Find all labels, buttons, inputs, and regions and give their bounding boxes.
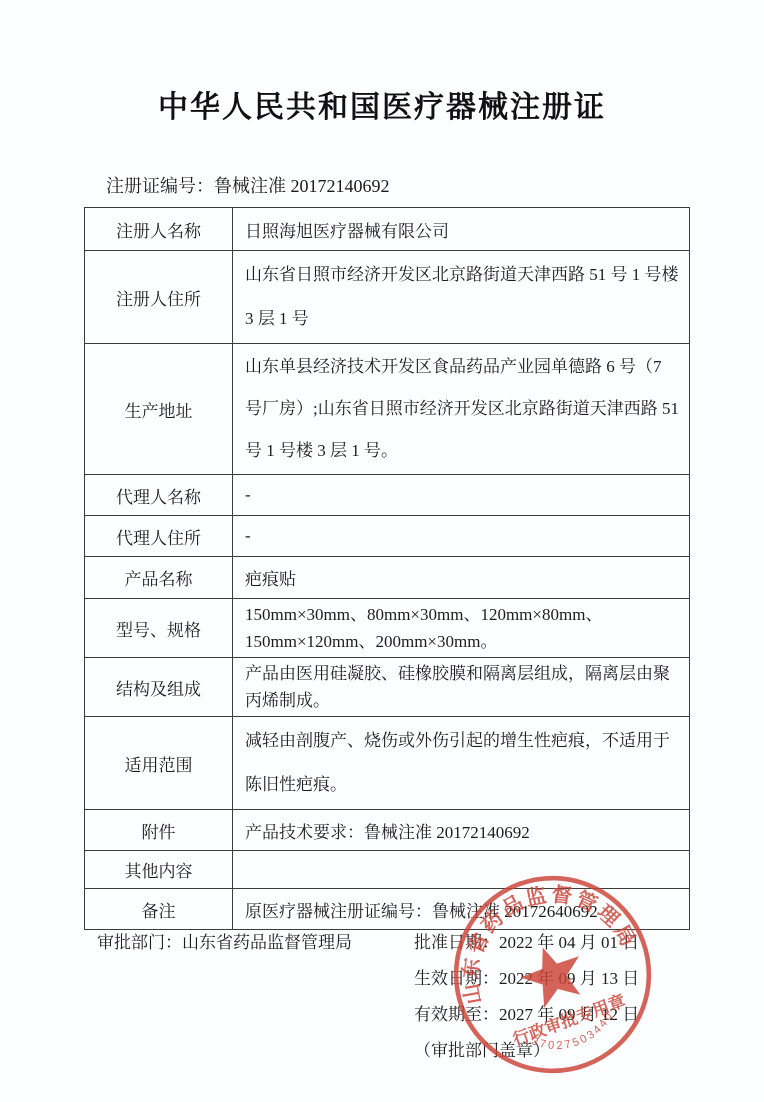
table-row: 注册人住所 山东省日照市经济开发区北京路街道天津西路 51 号 1 号楼 3 层…: [85, 251, 690, 344]
row-value: [233, 851, 690, 889]
table-row: 产品名称 疤痕贴: [85, 557, 690, 599]
row-label: 适用范围: [85, 717, 233, 810]
table-row: 结构及组成 产品由医用硅凝胶、硅橡胶膜和隔离层组成，隔离层由聚丙烯制成。: [85, 658, 690, 717]
row-value: 日照海旭医疗器械有限公司: [233, 208, 690, 251]
row-label: 代理人住所: [85, 516, 233, 557]
row-label: 注册人名称: [85, 208, 233, 251]
table-row: 生产地址 山东单县经济技术开发区食品药品产业园单德路 6 号（7 号厂房）;山东…: [85, 344, 690, 475]
page-title: 中华人民共和国医疗器械注册证: [0, 82, 764, 126]
table-row: 其他内容: [85, 851, 690, 889]
table-row: 备注 原医疗器械注册证编号：鲁械注准 20172640692: [85, 889, 690, 930]
row-label: 注册人住所: [85, 251, 233, 344]
row-label: 附件: [85, 810, 233, 851]
table-row: 代理人名称 -: [85, 475, 690, 516]
certificate-table: 注册人名称 日照海旭医疗器械有限公司 注册人住所 山东省日照市经济开发区北京路街…: [84, 207, 690, 930]
row-label: 结构及组成: [85, 658, 233, 717]
row-label: 型号、规格: [85, 599, 233, 658]
row-value: 减轻由剖腹产、烧伤或外伤引起的增生性疤痕，不适用于陈旧性疤痕。: [233, 717, 690, 810]
table-row: 型号、规格 150mm×30mm、80mm×30mm、120mm×80mm、15…: [85, 599, 690, 658]
row-value: 150mm×30mm、80mm×30mm、120mm×80mm、150mm×12…: [233, 599, 690, 658]
certificate-number: 注册证编号：鲁械注准 20172140692: [106, 172, 390, 198]
effective-date: 生效日期：2022 年 09 月 13 日: [414, 964, 639, 989]
seal-note: （审批部门盖章）: [414, 1036, 639, 1061]
row-value: 产品技术要求：鲁械注准 20172140692: [233, 810, 690, 851]
row-label: 备注: [85, 889, 233, 930]
row-value: 山东省日照市经济开发区北京路街道天津西路 51 号 1 号楼 3 层 1 号: [233, 251, 690, 344]
table-row: 附件 产品技术要求：鲁械注准 20172140692: [85, 810, 690, 851]
approval-date: 批准日期：2022 年 04 月 01 日: [414, 928, 639, 953]
row-label: 生产地址: [85, 344, 233, 475]
approval-department: 审批部门：山东省药品监督管理局: [97, 928, 352, 953]
row-value: -: [233, 516, 690, 557]
row-value: -: [233, 475, 690, 516]
certificate-page: 中华人民共和国医疗器械注册证 注册证编号：鲁械注准 20172140692 注册…: [0, 0, 764, 1102]
row-value: 产品由医用硅凝胶、硅橡胶膜和隔离层组成，隔离层由聚丙烯制成。: [233, 658, 690, 717]
table-row: 注册人名称 日照海旭医疗器械有限公司: [85, 208, 690, 251]
row-value: 疤痕贴: [233, 557, 690, 599]
table-row: 适用范围 减轻由剖腹产、烧伤或外伤引起的增生性疤痕，不适用于陈旧性疤痕。: [85, 717, 690, 810]
footer-dates: 批准日期：2022 年 04 月 01 日 生效日期：2022 年 09 月 1…: [414, 928, 639, 1072]
row-value: 原医疗器械注册证编号：鲁械注准 20172640692: [233, 889, 690, 930]
row-label: 产品名称: [85, 557, 233, 599]
expiry-date: 有效期至：2027 年 09 月 12 日: [414, 1000, 639, 1025]
row-label: 代理人名称: [85, 475, 233, 516]
row-label: 其他内容: [85, 851, 233, 889]
table-row: 代理人住所 -: [85, 516, 690, 557]
row-value: 山东单县经济技术开发区食品药品产业园单德路 6 号（7 号厂房）;山东省日照市经…: [233, 344, 690, 475]
